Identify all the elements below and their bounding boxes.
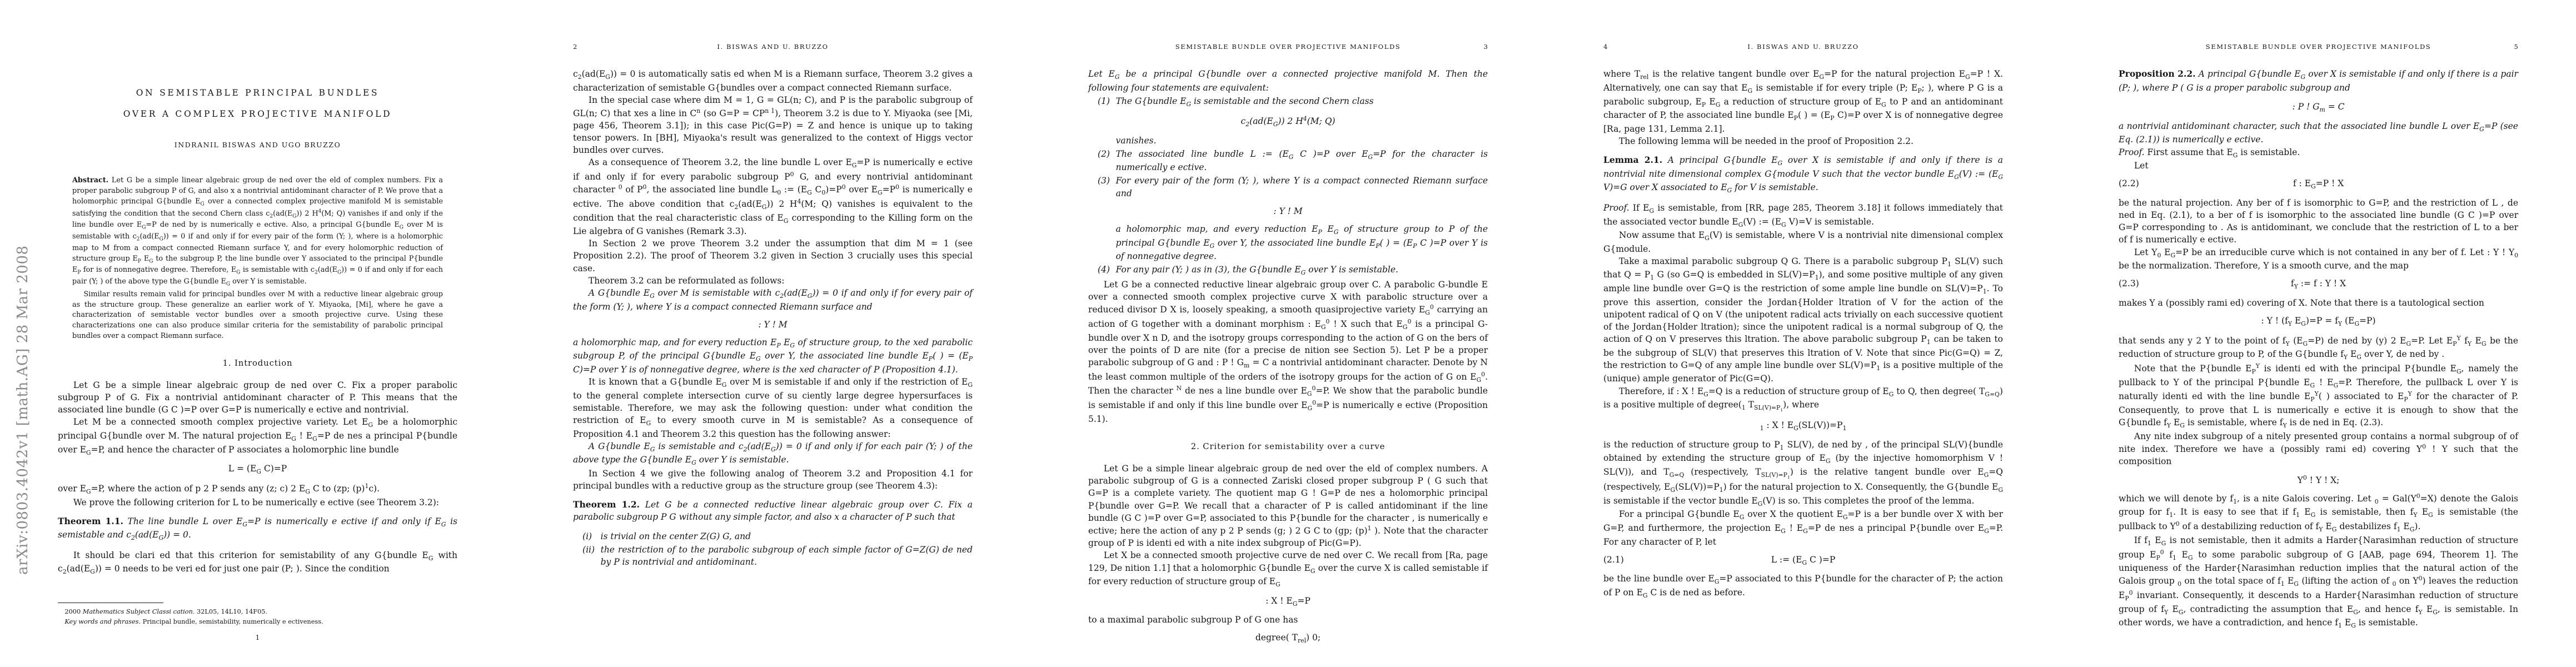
display-equation: (2.3)fY := f : Y ! X xyxy=(2119,277,2518,291)
paragraph: Note that the P{bundle EPY is identi ed … xyxy=(2119,362,2518,430)
text-content: ON SEMISTABLE PRINCIPAL BUNDLES xyxy=(136,88,380,98)
text-content: L := (EG C )=P xyxy=(1771,555,1836,565)
text-content: is trivial on the center Z(G) G, and xyxy=(601,531,751,541)
text-content: The G{bundle EG is semistable and the se… xyxy=(1116,96,1374,106)
paragraph: Now assume that EG(V) is semistable, whe… xyxy=(1603,229,2003,255)
running-head: SEMISTABLE BUNDLE OVER PROJECTIVE MANIFO… xyxy=(2119,42,2518,51)
paragraph: to a maximal parabolic subgroup P of G o… xyxy=(1088,614,1488,626)
display-equation: : X ! EG=P xyxy=(1088,595,1488,609)
paragraph: over EG=P, where the action of p 2 P sen… xyxy=(58,482,457,496)
paper-title-line-2: OVER A COMPLEX PROJECTIVE MANIFOLD xyxy=(58,108,457,120)
text-content: Theorem 1.1. The line bundle L over EG=P… xyxy=(58,516,457,540)
text-content: We prove the following criterion for L t… xyxy=(73,497,439,507)
display-equation: degree( Trel) 0; xyxy=(1088,631,1488,645)
text-content: 2. Criterion for semistability over a cu… xyxy=(1191,442,1385,451)
text-content: be the line bundle over EG=P associated … xyxy=(1603,574,2003,598)
text-content: As a consequence of Theorem 3.2, the lin… xyxy=(573,157,973,236)
text-content: is the reduction of structure group to P… xyxy=(1603,440,2003,506)
theorem-1-1: Theorem 1.1. The line bundle L over EG=P… xyxy=(58,515,457,542)
text-content: A G{bundle EG is semistable and c2(ad(EG… xyxy=(573,441,973,465)
text-content: The associated line bundle L := (EG C )=… xyxy=(1116,149,1488,173)
text-content: 2000 Mathematics Subject Classi cation. … xyxy=(64,608,267,615)
list-item-label: (i) xyxy=(582,530,592,542)
display-equation: 1 : X ! EG(SL(V))=P1 xyxy=(1603,419,2003,433)
paragraph: Therefore, if : X ! EG=Q is a reduction … xyxy=(1603,385,2003,414)
display-equation: Y0 ! Y ! X; xyxy=(2119,473,2518,486)
text-content: Proof. First assume that EG is semistabl… xyxy=(2119,147,2300,157)
display-equation: : Y ! (fY EG)=P = fY (EG=P) xyxy=(2119,315,2518,328)
running-head-left: 4 xyxy=(1603,42,1608,51)
page-3: SEMISTABLE BUNDLE OVER PROJECTIVE MANIFO… xyxy=(1030,0,1546,667)
paragraph: A G{bundle EG over M is semistable with … xyxy=(573,287,973,313)
paragraph: where Trel is the relative tangent bundl… xyxy=(1603,68,2003,135)
paragraph: We prove the following criterion for L t… xyxy=(58,496,457,509)
paragraph: If f1 EG is not semistable, then it admi… xyxy=(2119,534,2518,630)
text-content: that sends any y 2 Y to the point of fY … xyxy=(2119,336,2518,360)
paragraph: Let EG be a principal G{bundle over a co… xyxy=(1088,68,1488,94)
list-item: (2)The associated line bundle L := (EG C… xyxy=(1088,148,1488,174)
text-content: Proof. If EG is semistable, from [RR, pa… xyxy=(1603,203,2003,227)
text-content: L = (EG C)=P xyxy=(228,464,287,474)
text-content: a holomorphic map, and every reduction E… xyxy=(1116,224,1488,261)
list-item: (1)The G{bundle EG is semistable and the… xyxy=(1088,95,1488,109)
text-content: a nontrivial antidominant character, suc… xyxy=(2119,121,2518,145)
text-content: makes Y a (possibly rami ed) covering of… xyxy=(2119,298,2484,308)
equation-number: (2.3) xyxy=(2119,277,2139,290)
text-content: For a principal G{bundle EG over X the q… xyxy=(1603,509,2003,546)
lemma-2-1: Lemma 2.1. A principal G{bundle EG over … xyxy=(1603,154,2003,195)
paragraph: is the reduction of structure group to P… xyxy=(1603,439,2003,508)
text-content: Let EG be a principal G{bundle over a co… xyxy=(1088,69,1488,93)
list-item-label: (2) xyxy=(1098,148,1110,160)
paragraph: which we will denote by f1, is a nite Ga… xyxy=(2119,492,2518,534)
paper-title-line-1: ON SEMISTABLE PRINCIPAL BUNDLES xyxy=(58,87,457,99)
running-head-center: I. BISWAS AND U. BRUZZO xyxy=(717,43,828,51)
paragraph: Let G be a simple linear algebraic group… xyxy=(58,379,457,416)
running-head-right: 5 xyxy=(2514,42,2518,51)
paragraph: Any nite index subgroup of a nitely pres… xyxy=(2119,430,2518,468)
paragraph: a holomorphic map, and for every reducti… xyxy=(573,336,973,376)
text-content: Now assume that EG(V) is semistable, whe… xyxy=(1603,230,2003,254)
paragraph: It is known that a G{bundle EG over M is… xyxy=(573,376,973,440)
text-content: 1 : X ! EG(SL(V))=P1 xyxy=(1760,420,1847,430)
text-content: If f1 EG is not semistable, then it admi… xyxy=(2119,535,2518,628)
paragraph: be the natural projection. Any ber of f … xyxy=(2119,197,2518,246)
text-content: 1 xyxy=(256,634,260,641)
text-content: Take a maximal parabolic subgroup Q G. T… xyxy=(1603,256,2003,384)
text-content: Lemma 2.1. A principal G{bundle EG over … xyxy=(1603,155,2003,192)
text-content: Y0 ! Y ! X; xyxy=(2298,475,2340,485)
section-heading-2: 2. Criterion for semistability over a cu… xyxy=(1088,441,1488,452)
authors: INDRANIL BISWAS AND UGO BRUZZO xyxy=(58,140,457,150)
text-content: c2(ad(EG)) = 0 is automatically satis ed… xyxy=(573,69,973,93)
text-content: : Y ! (fY EG)=P = fY (EG=P) xyxy=(2261,316,2376,326)
display-equation: L = (EG C)=P xyxy=(58,462,457,476)
text-content: c2(ad(EG)) 2 H4(M; Q) xyxy=(1241,116,1336,126)
list-item-label: (ii) xyxy=(582,544,595,556)
footnote-keywords: Key words and phrases. Principal bundle,… xyxy=(58,618,457,626)
text-content: OVER A COMPLEX PROJECTIVE MANIFOLD xyxy=(123,109,392,119)
text-content: In Section 2 we prove Theorem 3.2 under … xyxy=(573,238,973,273)
text-content: : X ! EG=P xyxy=(1265,596,1311,606)
display-equation: : P ! Gm = C xyxy=(2119,101,2518,115)
paragraph: Proof. If EG is semistable, from [RR, pa… xyxy=(1603,202,2003,229)
page-number: 1 xyxy=(58,633,457,643)
text-content: For any pair (Y; ) as in (3), the G{bund… xyxy=(1116,265,1398,275)
text-content: Similar results remain valid for princip… xyxy=(72,290,443,340)
text-content: It is known that a G{bundle EG over M is… xyxy=(573,377,973,439)
display-equation: (2.2)f : EG=P ! X xyxy=(2119,177,2518,191)
text-content: where Trel is the relative tangent bundl… xyxy=(1603,69,2003,133)
list-item: (4)For any pair (Y; ) as in (3), the G{b… xyxy=(1088,263,1488,277)
text-content: f : EG=P ! X xyxy=(2293,178,2344,188)
text-content: Let X be a connected smooth projective c… xyxy=(1088,550,1488,586)
list-item-label: (4) xyxy=(1098,263,1110,276)
display-equation: : Y ! M xyxy=(1088,205,1488,217)
display-equation: c2(ad(EG)) 2 H4(M; Q) xyxy=(1088,115,1488,129)
text-content: vanishes. xyxy=(1116,136,1157,146)
list-item: a holomorphic map, and every reduction E… xyxy=(1088,223,1488,262)
list-item-label: (3) xyxy=(1098,175,1110,187)
paragraph: The following lemma will be needed in th… xyxy=(1603,135,2003,147)
text-content: Abstract. Let G be a simple linear algeb… xyxy=(72,176,443,286)
text-content: The following lemma will be needed in th… xyxy=(1619,136,1914,146)
text-content: Let G be a simple linear algebraic group… xyxy=(1088,464,1488,548)
paragraph: Let G be a connected reductive linear al… xyxy=(1088,278,1488,425)
paragraph: Let X be a connected smooth projective c… xyxy=(1088,549,1488,589)
text-content: Let M be a connected smooth complex proj… xyxy=(58,417,457,454)
equation-number: (2.2) xyxy=(2119,177,2139,190)
page-2: 2I. BISWAS AND U. BRUZZOc2(ad(EG)) = 0 i… xyxy=(515,0,1030,667)
text-content: Key words and phrases. Principal bundle,… xyxy=(64,618,323,625)
text-content: Proposition 2.2. A principal G{bundle EG… xyxy=(2119,69,2518,93)
paragraph: In Section 4 we give the following analo… xyxy=(573,467,973,492)
pages: ON SEMISTABLE PRINCIPAL BUNDLESOVER A CO… xyxy=(0,0,2576,667)
paragraph: As a consequence of Theorem 3.2, the lin… xyxy=(573,156,973,237)
proposition-2-2: Proposition 2.2. A principal G{bundle EG… xyxy=(2119,68,2518,94)
paragraph: Let Y0 EG=P be an irreducible curve whic… xyxy=(2119,246,2518,272)
running-head-center: I. BISWAS AND U. BRUZZO xyxy=(1747,43,1858,51)
equation-number: (2.1) xyxy=(1603,554,1624,566)
text-content: INDRANIL BISWAS AND UGO BRUZZO xyxy=(175,141,341,149)
list-item: (ii)the restriction of to the parabolic … xyxy=(573,544,973,568)
paragraph: a nontrivial antidominant character, suc… xyxy=(2119,120,2518,146)
text-content: : P ! Gm = C xyxy=(2292,102,2344,112)
text-content: Let Y0 EG=P be an irreducible curve whic… xyxy=(2119,247,2518,271)
text-content: which we will denote by f1, is a nite Ga… xyxy=(2119,494,2518,531)
text-content: : Y ! M xyxy=(758,320,787,330)
paragraph: makes Y a (possibly rami ed) covering of… xyxy=(2119,297,2518,309)
running-head-center: SEMISTABLE BUNDLE OVER PROJECTIVE MANIFO… xyxy=(2206,43,2431,51)
text-content: degree( Trel) 0; xyxy=(1255,633,1321,643)
text-content: Let G be a connected reductive linear al… xyxy=(1088,280,1488,424)
text-content: 1. Introduction xyxy=(223,359,293,368)
running-head-left: 2 xyxy=(573,42,577,51)
text-content: It should be clari ed that this criterio… xyxy=(58,550,457,574)
page-4: 4I. BISWAS AND U. BRUZZOwhere Trel is th… xyxy=(1546,0,2061,667)
abstract-paragraph-1: Abstract. Let G be a simple linear algeb… xyxy=(72,176,443,288)
running-head: 4I. BISWAS AND U. BRUZZO xyxy=(1603,42,2003,51)
running-head: SEMISTABLE BUNDLE OVER PROJECTIVE MANIFO… xyxy=(1088,42,1488,51)
section-heading-introduction: 1. Introduction xyxy=(58,357,457,369)
text-content: over EG=P, where the action of p 2 P sen… xyxy=(58,484,380,494)
abstract-paragraph-2: Similar results remain valid for princip… xyxy=(72,290,443,342)
list-item: (i)is trivial on the center Z(G) G, and xyxy=(573,530,973,542)
paragraph: c2(ad(EG)) = 0 is automatically satis ed… xyxy=(573,68,973,94)
display-equation: (2.1)L := (EG C )=P xyxy=(1603,554,2003,568)
paragraph: In Section 2 we prove Theorem 3.2 under … xyxy=(573,237,973,274)
text-content: : Y ! M xyxy=(1273,206,1302,216)
paragraph: Let xyxy=(2119,160,2518,172)
footnote-msc: 2000 Mathematics Subject Classi cation. … xyxy=(58,608,457,616)
paragraph: A G{bundle EG is semistable and c2(ad(EG… xyxy=(573,440,973,467)
page-1: ON SEMISTABLE PRINCIPAL BUNDLESOVER A CO… xyxy=(0,0,515,667)
paragraph: that sends any y 2 Y to the point of fY … xyxy=(2119,334,2518,362)
text-content: Note that the P{bundle EPY is identi ed … xyxy=(2119,364,2518,427)
text-content: Any nite index subgroup of a nitely pres… xyxy=(2119,431,2518,466)
text-content: to a maximal parabolic subgroup P of G o… xyxy=(1088,615,1298,625)
text-content: In the special case where dim M = 1, G =… xyxy=(573,95,973,155)
text-content: be the natural projection. Any ber of f … xyxy=(2119,198,2518,245)
text-content: Let G be a simple linear algebraic group… xyxy=(58,380,457,415)
paragraph: Theorem 3.2 can be reformulated as follo… xyxy=(573,275,973,287)
text-content: a holomorphic map, and for every reducti… xyxy=(573,337,973,375)
paragraph: Take a maximal parabolic subgroup Q G. T… xyxy=(1603,255,2003,385)
text-content: A G{bundle EG over M is semistable with … xyxy=(573,288,973,312)
running-head: 2I. BISWAS AND U. BRUZZO xyxy=(573,42,973,51)
list-item: vanishes. xyxy=(1088,135,1488,147)
text-content: Theorem 1.2. Let G be a connected reduct… xyxy=(573,500,973,522)
running-head-right: 3 xyxy=(1483,42,1488,51)
text-content: In Section 4 we give the following analo… xyxy=(573,469,973,491)
display-equation: : Y ! M xyxy=(573,318,973,331)
document-canvas: arXiv:0803.4042v1 [math.AG] 28 Mar 2008 … xyxy=(0,0,2576,667)
paragraph: Let M be a connected smooth complex proj… xyxy=(58,416,457,457)
theorem-1-2: Theorem 1.2. Let G be a connected reduct… xyxy=(573,499,973,523)
text-content: Therefore, if : X ! EG=Q is a reduction … xyxy=(1603,386,2003,410)
text-content: fY := f : Y ! X xyxy=(2291,278,2346,288)
text-content: Let xyxy=(2134,161,2149,171)
paragraph: be the line bundle over EG=P associated … xyxy=(1603,573,2003,600)
list-item-label: (1) xyxy=(1098,95,1110,107)
text-content: Theorem 3.2 can be reformulated as follo… xyxy=(589,276,785,286)
footnote-rule xyxy=(58,603,163,603)
paragraph: It should be clari ed that this criterio… xyxy=(58,549,457,576)
paragraph: In the special case where dim M = 1, G =… xyxy=(573,94,973,156)
page-footer: 2000 Mathematics Subject Classi cation. … xyxy=(58,603,457,643)
text-content: For every pair of the form (Y; ), where … xyxy=(1116,176,1488,198)
paragraph: Let G be a simple linear algebraic group… xyxy=(1088,462,1488,549)
paragraph: For a principal G{bundle EG over X the q… xyxy=(1603,508,2003,547)
text-content: the restriction of to the parabolic subg… xyxy=(601,545,973,567)
running-head-center: SEMISTABLE BUNDLE OVER PROJECTIVE MANIFO… xyxy=(1175,43,1401,51)
page-5: SEMISTABLE BUNDLE OVER PROJECTIVE MANIFO… xyxy=(2061,0,2576,667)
list-item: (3)For every pair of the form (Y; ), whe… xyxy=(1088,175,1488,199)
paragraph: Proof. First assume that EG is semistabl… xyxy=(2119,146,2518,160)
